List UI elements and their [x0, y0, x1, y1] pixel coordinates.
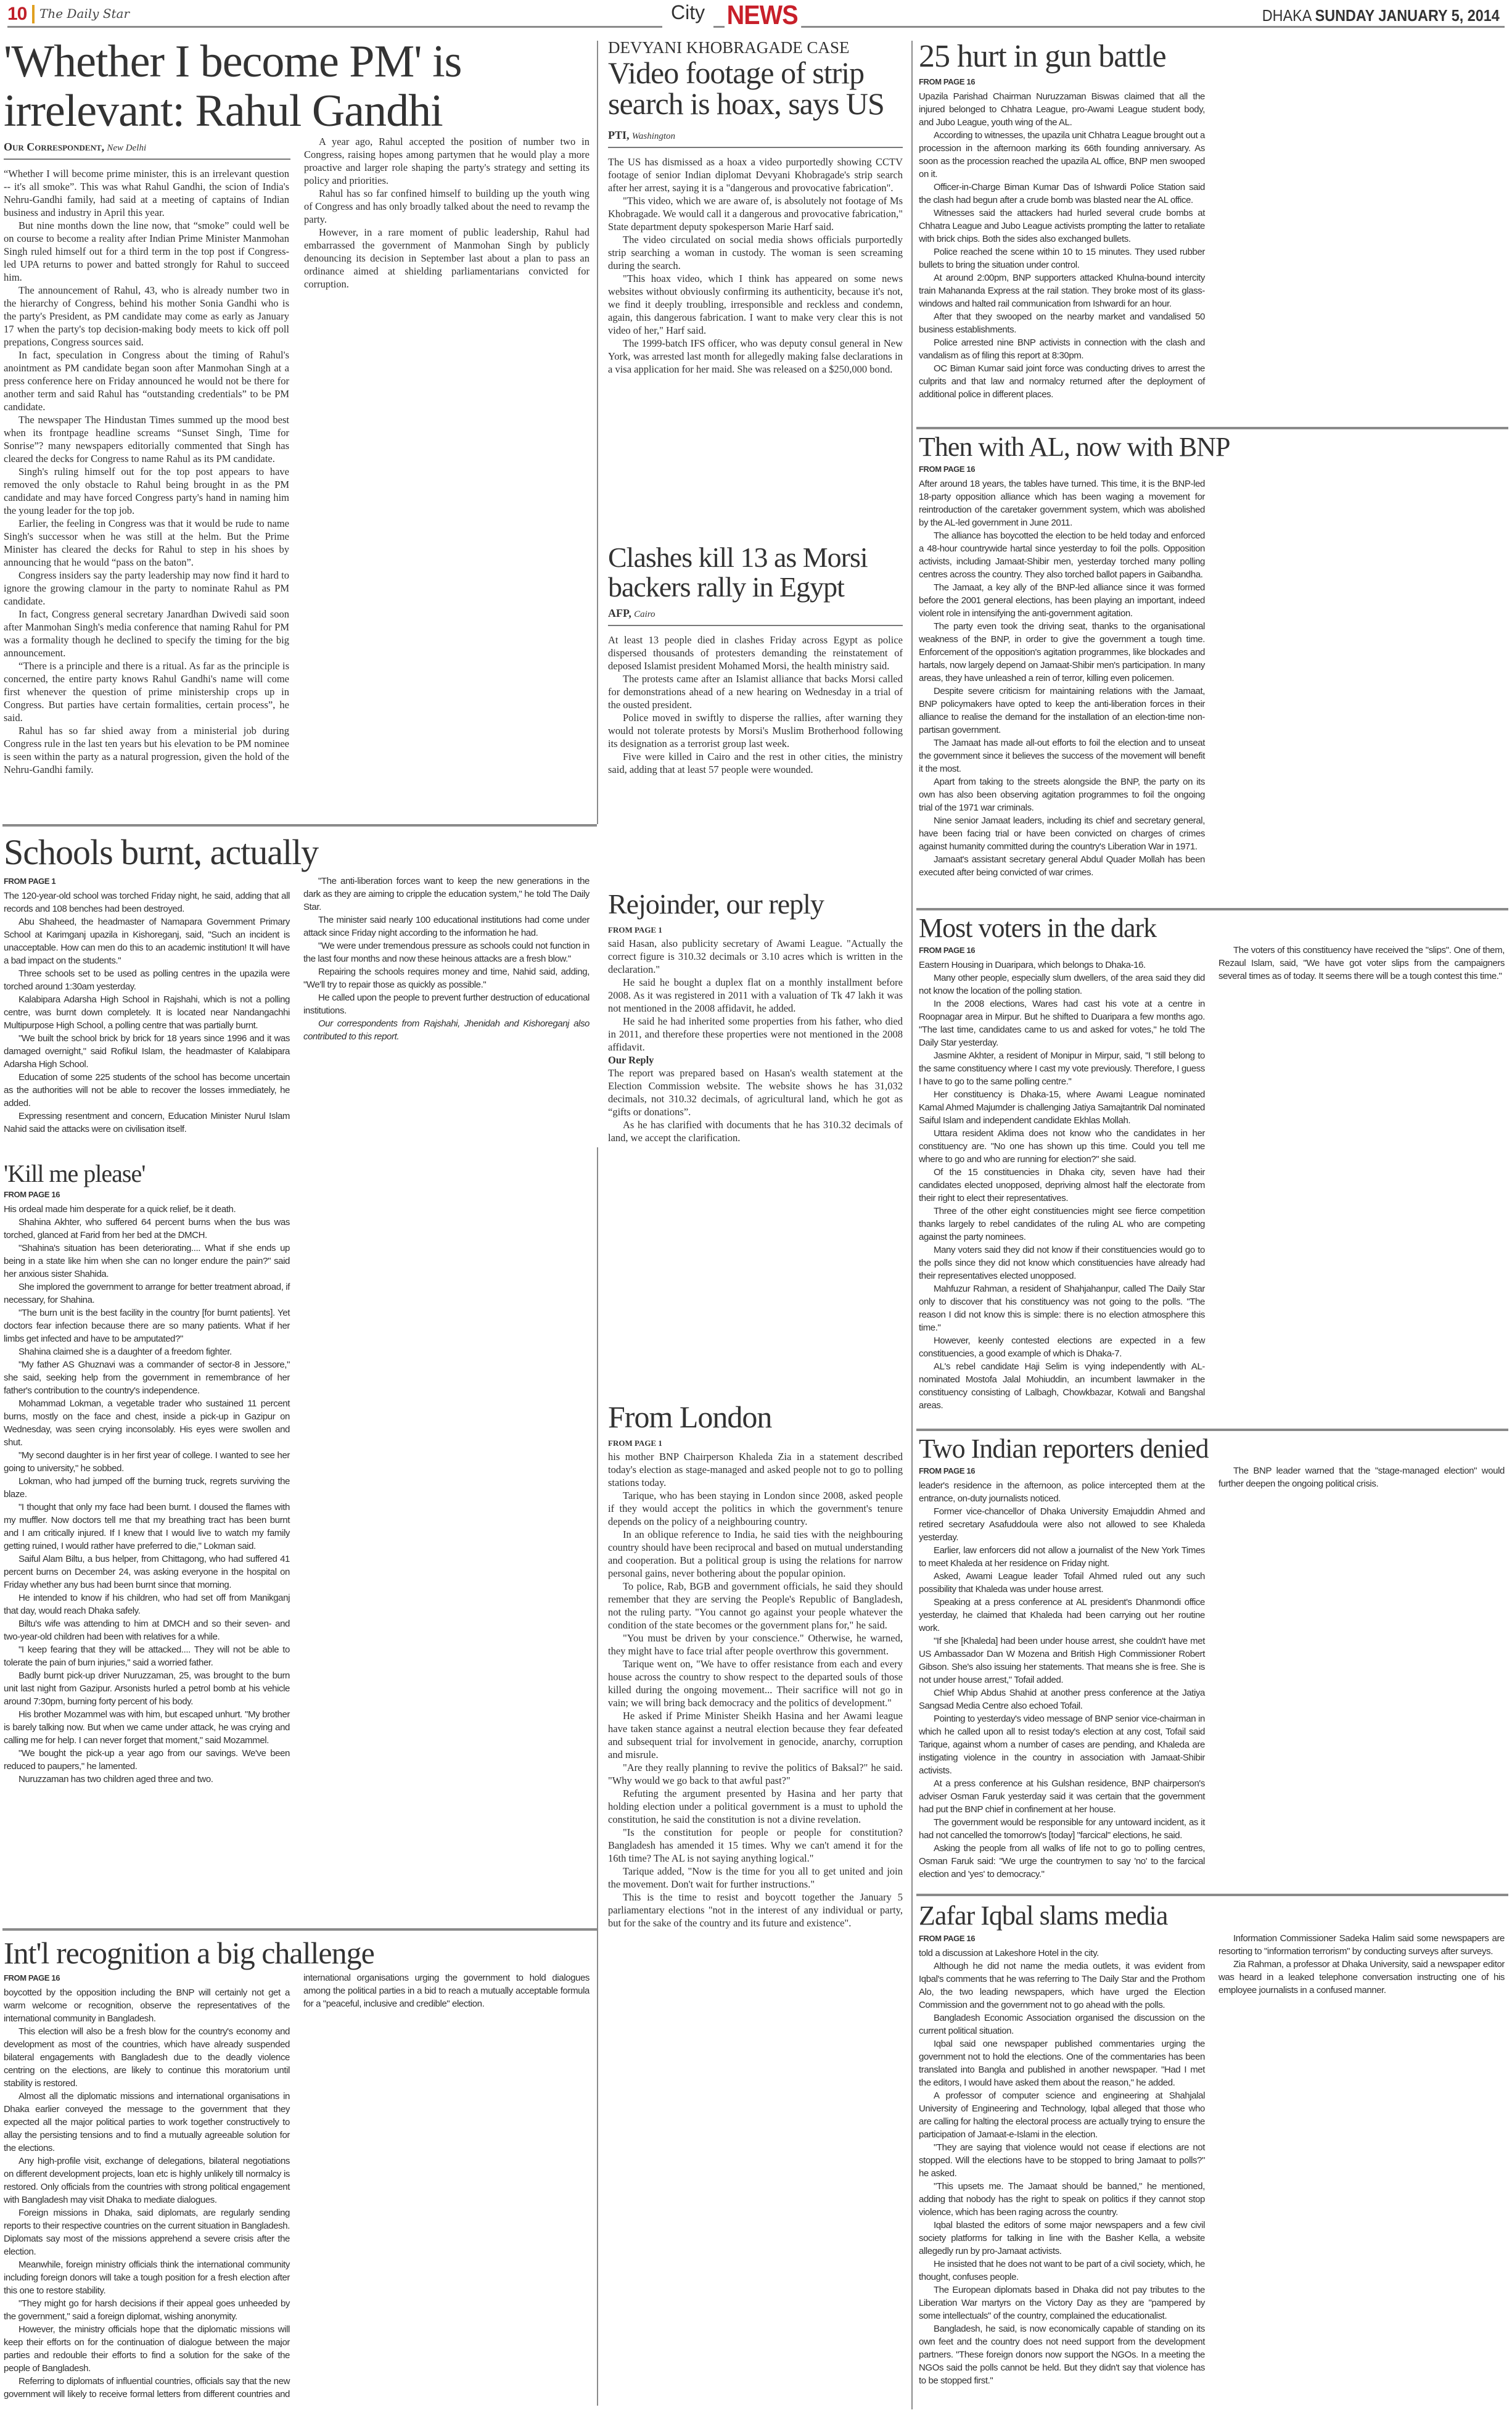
paragraph: Apart from taking to the streets alongsi…	[919, 775, 1205, 814]
paragraph: In fact, Congress general secretary Jana…	[4, 608, 289, 659]
from-page-label: FROM PAGE 16	[919, 463, 1205, 476]
section-rule	[916, 1429, 1508, 1431]
paragraph: Biltu's wife was attending to him at DMC…	[4, 1617, 290, 1643]
paragraph: Information Commissioner Sadeka Halim sa…	[1218, 1932, 1505, 1958]
paragraph: The party even took the driving seat, th…	[919, 620, 1205, 685]
section-rule	[2, 1928, 597, 1931]
paragraph: After that they swooped on the nearby ma…	[919, 310, 1205, 336]
page-number: 10	[7, 4, 27, 25]
paragraph: Zia Rahman, a professor at Dhaka Univers…	[1218, 1958, 1505, 1997]
headline[interactable]: 'Whether I become PM' is irrelevant: Rah…	[4, 37, 590, 136]
paragraph: “Whether I will become prime minister, t…	[4, 167, 289, 219]
article-zafar-iqbal: Zafar Iqbal slams media FROM PAGE 16 tol…	[919, 1900, 1505, 2412]
paragraph: “There is a principle and there is a rit…	[4, 659, 289, 724]
paragraph: "Are they really planning to revive the …	[608, 1761, 903, 1787]
contributor-credit: Our correspondents from Rajshahi, Jhenid…	[303, 1017, 590, 1043]
paragraph: Singh's ruling himself out for the top p…	[4, 465, 289, 517]
article-from-london: From London FROM PAGE 1 his mother BNP C…	[608, 1400, 903, 2412]
paragraph: Education of some 225 students of the sc…	[4, 1071, 290, 1110]
dateline-date: SUNDAY JANUARY 5, 2014	[1315, 6, 1500, 25]
paragraph: Tarique, who has been staying in London …	[608, 1489, 903, 1528]
paragraph: A year ago, Rahul accepted the position …	[304, 135, 590, 187]
paragraph: A professor of computer science and engi…	[919, 2089, 1205, 2141]
article-body: FROM PAGE 16 boycotted by the opposition…	[4, 1971, 590, 2409]
paragraph: Bangladesh Economic Association organise…	[919, 2012, 1205, 2037]
byline-author: PTI,	[608, 129, 630, 141]
paragraph: This is the time to resist and boycott t…	[608, 1891, 903, 1929]
paragraph: According to witnesses, the upazila unit…	[919, 129, 1205, 181]
paragraph: Tarique went on, "We have to offer resis…	[608, 1657, 903, 1709]
paragraph: The announcement of Rahul, 43, who is al…	[4, 284, 289, 349]
headline[interactable]: Int'l recognition a big challenge	[4, 1934, 590, 1971]
paragraph: Speaking at a press conference at AL pre…	[919, 1596, 1205, 1635]
paragraph: The voters of this constituency have rec…	[1218, 944, 1505, 983]
paragraph: Eastern Housing in Duaripara, which belo…	[919, 959, 1205, 972]
paragraph: At a press conference at his Gulshan res…	[919, 1777, 1205, 1816]
paragraph: He called upon the people to prevent fur…	[303, 991, 590, 1017]
paragraph: Saiful Alam Biltu, a bus helper, from Ch…	[4, 1553, 290, 1591]
paragraph: The Jamaat, a key ally of the BNP-led al…	[919, 581, 1205, 620]
article-rahul-gandhi: 'Whether I become PM' is irrelevant: Rah…	[4, 37, 590, 820]
article-body: FROM PAGE 16 Upazila Parishad Chairman N…	[919, 75, 1505, 421]
paragraph: Asking the people from all walks of life…	[919, 1842, 1205, 1881]
from-page-label: FROM PAGE 16	[919, 1464, 1205, 1477]
paragraph: He said he bought a duplex flat on a mon…	[608, 976, 903, 1015]
paragraph: The US has dismissed as a hoax a video p…	[608, 155, 903, 194]
article-body: FROM PAGE 1 The 120-year-old school was …	[4, 875, 590, 1152]
paragraph: Rahul has so far shied away from a minis…	[4, 724, 289, 776]
paragraph: The alliance has boycotted the election …	[919, 529, 1205, 581]
paragraph: In an oblique reference to India, he sai…	[608, 1528, 903, 1580]
paragraph: However, the ministry officials hope tha…	[4, 2323, 290, 2375]
paragraph: "The anti-liberation forces want to keep…	[303, 875, 590, 914]
paragraph: The report was prepared based on Hasan's…	[608, 1067, 903, 1118]
article-schools-burnt: Schools burnt, actually FROM PAGE 1 The …	[4, 830, 590, 1157]
article-body: “Whether I will become prime minister, t…	[4, 135, 590, 777]
paragraph: Kalabipara Adarsha High School in Rajsha…	[4, 993, 290, 1032]
paper-logo: The Daily Star	[39, 6, 129, 21]
article-body: FROM PAGE 16 leader's residence in the a…	[919, 1464, 1505, 1884]
paragraph: At least 13 people died in clashes Frida…	[608, 633, 903, 672]
headline[interactable]: Clashes kill 13 as Morsi backers rally i…	[608, 543, 903, 602]
paragraph: Iqbal said one newspaper published comme…	[919, 2037, 1205, 2089]
section-rule	[2, 824, 597, 827]
paragraph: Iqbal blasted the editors of some major …	[919, 2219, 1205, 2258]
paragraph: To police, Rab, BGB and government offic…	[608, 1580, 903, 1632]
article-body: FROM PAGE 16 His ordeal made him despera…	[4, 1188, 590, 1916]
from-page-label: FROM PAGE 16	[919, 1932, 1205, 1945]
paragraph: Five were killed in Cairo and the rest i…	[608, 750, 903, 776]
paragraph: "We were under tremendous pressure as sc…	[303, 939, 590, 965]
article-body: FROM PAGE 16 told a discussion at Lakesh…	[919, 1932, 1505, 2407]
paragraph: Jasmine Akhter, a resident of Monipur in…	[919, 1049, 1205, 1088]
paragraph: After around 18 years, the tables have t…	[919, 477, 1205, 529]
paragraph: The protests came after an Islamist alli…	[608, 672, 903, 711]
article-voters-in-dark: Most voters in the dark FROM PAGE 16 Eas…	[919, 913, 1505, 1425]
headline[interactable]: Two Indian reporters denied	[919, 1434, 1505, 1464]
from-page-label: FROM PAGE 16	[919, 944, 1205, 957]
from-page-label: FROM PAGE 16	[919, 75, 1205, 88]
paragraph: Police reached the scene within 10 to 15…	[919, 246, 1205, 271]
section-rule	[916, 908, 1508, 910]
paragraph: Officer-in-Charge Biman Kumar Das of Ish…	[919, 181, 1205, 207]
paragraph: "My second daughter is in her first year…	[4, 1449, 290, 1475]
paragraph: Tarique added, "Now is the time for you …	[608, 1865, 903, 1891]
masthead: 10 The Daily Star City NEWS DHAKA SUNDAY…	[7, 0, 1505, 28]
paragraph: said Hasan, also publicity secretary of …	[608, 937, 903, 976]
paragraph: AL's rebel candidate Haji Selim is vying…	[919, 1360, 1205, 1412]
paragraph: "We built the school brick by brick for …	[4, 1032, 290, 1071]
paragraph: He said he had inherited some properties…	[608, 1015, 903, 1054]
paragraph: Nuruzzaman has two children aged three a…	[4, 1773, 290, 1786]
paragraph: "This video, which we are aware of, is a…	[608, 194, 903, 233]
column-rule	[597, 1147, 598, 2406]
article-body: FROM PAGE 16 Eastern Housing in Duaripar…	[919, 944, 1505, 1419]
paragraph: This election will also be a fresh blow …	[4, 2025, 290, 2090]
paragraph: boycotted by the opposition including th…	[4, 1986, 290, 2025]
paragraph: Repairing the schools requires money and…	[303, 965, 590, 991]
paragraph: Witnesses said the attackers had hurled …	[919, 207, 1205, 246]
article-egypt-clashes: Clashes kill 13 as Morsi backers rally i…	[608, 543, 903, 888]
headline[interactable]: Most voters in the dark	[919, 913, 1505, 944]
paragraph: Meanwhile, foreign ministry officials th…	[4, 2258, 290, 2297]
paragraph: The 120-year-old school was torched Frid…	[4, 889, 290, 915]
paragraph: Shahina claimed she is a daughter of a f…	[4, 1345, 290, 1358]
paragraph: Three schools set to be used as polling …	[4, 967, 290, 993]
paragraph: "They might go for harsh decisions if th…	[4, 2297, 290, 2323]
paragraph: "I thought that only my face had been bu…	[4, 1501, 290, 1553]
paragraph: He insisted that he does not want to be …	[919, 2258, 1205, 2284]
paragraph: "If she [Khaleda] had been under house a…	[919, 1635, 1205, 1686]
byline-location: Washington	[632, 131, 675, 141]
paragraph: Lokman, who had jumped off the burning t…	[4, 1475, 290, 1501]
paragraph: The European diplomats based in Dhaka di…	[919, 2284, 1205, 2322]
paragraph: "My father AS Ghuznavi was a commander o…	[4, 1358, 290, 1397]
paragraph: Pointing to yesterday's video message of…	[919, 1712, 1205, 1777]
paragraph: Many other people, especially slum dwell…	[919, 972, 1205, 997]
section-news-label: NEWS	[725, 0, 801, 32]
paragraph: The video circulated on social media sho…	[608, 233, 903, 272]
paragraph: The newspaper The Hindustan Times summed…	[4, 413, 289, 465]
paragraph: Rahul has so far confined himself to bui…	[304, 187, 590, 226]
paragraph: his mother BNP Chairperson Khaleda Zia i…	[608, 1450, 903, 1489]
headline[interactable]: 25 hurt in gun battle	[919, 38, 1505, 75]
paragraph: Badly burnt pick-up driver Nuruzzaman, 2…	[4, 1669, 290, 1708]
article-body: FROM PAGE 16 After around 18 years, the …	[919, 463, 1505, 901]
kicker: Devyani Khobragade Case	[608, 38, 903, 57]
paragraph: Her constituency is Dhaka-15, where Awam…	[919, 1088, 1205, 1127]
paragraph: Although he did not name the media outle…	[919, 1960, 1205, 2012]
paragraph: Expressing resentment and concern, Educa…	[4, 1110, 290, 1136]
article-body: At least 13 people died in clashes Frida…	[608, 633, 903, 776]
paragraph: Police moved in swiftly to disperse the …	[608, 711, 903, 750]
subheading: Our Reply	[608, 1054, 903, 1067]
paragraph: The BNP leader warned that the "stage-ma…	[1218, 1464, 1505, 1490]
paragraph: The Jamaat has made all-out efforts to f…	[919, 737, 1205, 775]
paragraph: At around 2:00pm, BNP supporters attacke…	[919, 271, 1205, 310]
paragraph: His brother Mozammel was with him, but e…	[4, 1708, 290, 1747]
paragraph: "The burn unit is the best facility in t…	[4, 1306, 290, 1345]
paragraph: Police arrested nine BNP activists in co…	[919, 336, 1205, 362]
headline[interactable]: 'Kill me please'	[4, 1160, 590, 1188]
paragraph: Uttara resident Aklima does not know who…	[919, 1127, 1205, 1166]
section-rule	[916, 427, 1508, 429]
paragraph: Three of the other eight constituencies …	[919, 1205, 1205, 1244]
from-page-label: FROM PAGE 1	[608, 925, 903, 935]
paragraph: Earlier, the feeling in Congress was tha…	[4, 517, 289, 569]
paragraph: Former vice-chancellor of Dhaka Universi…	[919, 1505, 1205, 1544]
paragraph: Bangladesh, he said, is now economically…	[919, 2322, 1205, 2387]
paragraph: However, in a rare moment of public lead…	[304, 226, 590, 291]
paragraph: Earlier, law enforcers did not allow a j…	[919, 1544, 1205, 1570]
article-body: The US has dismissed as a hoax a video p…	[608, 155, 903, 376]
article-rejoinder: Rejoinder, our reply FROM PAGE 1 said Ha…	[608, 888, 903, 1369]
paragraph: Any high-profile visit, exchange of dele…	[4, 2155, 290, 2206]
paragraph: "This hoax video, which I think has appe…	[608, 272, 903, 337]
paragraph: Nine senior Jamaat leaders, including it…	[919, 814, 1205, 853]
headline[interactable]: Zafar Iqbal slams media	[919, 1900, 1505, 1932]
paragraph: Mohammad Lokman, a vegetable trader who …	[4, 1397, 290, 1449]
paragraph: The 1999-batch IFS officer, who was depu…	[608, 337, 903, 376]
paragraph: Congress insiders say the party leadersh…	[4, 569, 289, 608]
paragraph: Jamaat's assistant secretary general Abd…	[919, 853, 1205, 879]
column-rule	[597, 41, 598, 824]
paragraph: As he has clarified with documents that …	[608, 1118, 903, 1144]
paragraph: "Is the constitution for people or peopl…	[608, 1826, 903, 1865]
paragraph: His ordeal made him desperate for a quic…	[4, 1203, 290, 1216]
paragraph: Abu Shaheed, the headmaster of Namapara …	[4, 915, 290, 967]
paragraph: He asked if Prime Minister Sheikh Hasina…	[608, 1709, 903, 1761]
headline[interactable]: From London	[608, 1400, 903, 1434]
paragraph: Asked, Awami League leader Tofail Ahmed …	[919, 1570, 1205, 1596]
headline[interactable]: Video footage of strip search is hoax, s…	[608, 57, 903, 119]
paragraph: "This upsets me. The Jamaat should be ba…	[919, 2180, 1205, 2219]
paragraph: Many voters said they did not know if th…	[919, 1244, 1205, 1282]
byline: AFP, Cairo	[608, 607, 903, 626]
section-city-label: City	[662, 1, 713, 28]
from-page-label: FROM PAGE 16	[4, 1188, 290, 1201]
article-gun-battle: 25 hurt in gun battle FROM PAGE 16 Upazi…	[919, 38, 1505, 424]
paragraph: In fact, speculation in Congress about t…	[4, 349, 289, 413]
headline[interactable]: Rejoinder, our reply	[608, 888, 903, 920]
paragraph: OC Biman Kumar said joint force was cond…	[919, 362, 1205, 401]
paragraph: But nine months down the line now, that …	[4, 219, 289, 284]
headline[interactable]: Then with AL, now with BNP	[919, 432, 1505, 463]
paragraph: Of the 15 constituencies in Dhaka city, …	[919, 1166, 1205, 1205]
paragraph: She implored the government to arrange f…	[4, 1281, 290, 1306]
paragraph: Mahfuzur Rahman, a resident of Shahjahan…	[919, 1282, 1205, 1334]
byline-location: Cairo	[634, 609, 655, 619]
paragraph: In the 2008 elections, Wares had cast hi…	[919, 997, 1205, 1049]
from-page-label: FROM PAGE 1	[4, 875, 290, 888]
paragraph: The minister said nearly 100 educational…	[303, 914, 590, 939]
paragraph: "We bought the pick-up a year ago from o…	[4, 1747, 290, 1773]
section-rule	[916, 1894, 1508, 1896]
from-page-label: FROM PAGE 16	[4, 1971, 290, 1984]
paragraph: Upazila Parishad Chairman Nuruzzaman Bis…	[919, 90, 1205, 129]
byline-location: New Delhi	[107, 143, 146, 153]
paragraph: The government would be responsible for …	[919, 1816, 1205, 1842]
paragraph: Refuting the argument presented by Hasin…	[608, 1787, 903, 1826]
paragraph: Shahina Akhter, who suffered 64 percent …	[4, 1216, 290, 1242]
paragraph: "I keep fearing that they will be attack…	[4, 1643, 290, 1669]
byline-author: Our Correspondent,	[4, 141, 104, 153]
paragraph: "They are saying that violence would not…	[919, 2141, 1205, 2180]
paragraph: Foreign missions in Dhaka, said diplomat…	[4, 2206, 290, 2258]
byline-author: AFP,	[608, 607, 631, 619]
paragraph: Despite severe criticism for maintaining…	[919, 685, 1205, 737]
paragraph: "Shahina's situation has been deteriorat…	[4, 1242, 290, 1281]
dateline-city: DHAKA	[1262, 6, 1311, 25]
article-indian-reporters: Two Indian reporters denied FROM PAGE 16…	[919, 1434, 1505, 1890]
paragraph: "You must be driven by your conscience."…	[608, 1632, 903, 1657]
column-rule	[911, 41, 913, 2409]
paragraph: told a discussion at Lakeshore Hotel in …	[919, 1947, 1205, 1960]
article-body: his mother BNP Chairperson Khaleda Zia i…	[608, 1450, 903, 1929]
paragraph: However, keenly contested elections are …	[919, 1334, 1205, 1360]
paragraph: Chief Whip Abdus Shahid at another press…	[919, 1686, 1205, 1712]
article-then-with-al: Then with AL, now with BNP FROM PAGE 16 …	[919, 432, 1505, 906]
headline[interactable]: Schools burnt, actually	[4, 830, 590, 875]
paragraph: leader's residence in the afternoon, as …	[919, 1479, 1205, 1505]
article-intl-recognition: Int'l recognition a big challenge FROM P…	[4, 1934, 590, 2416]
article-devyani-khobragade: Devyani Khobragade Case Video footage of…	[608, 38, 903, 544]
article-kill-me-please: 'Kill me please' FROM PAGE 16 His ordeal…	[4, 1160, 590, 1925]
from-page-label: FROM PAGE 1	[608, 1438, 903, 1448]
dateline: DHAKA SUNDAY JANUARY 5, 2014	[1258, 6, 1500, 25]
byline: PTI, Washington	[608, 129, 903, 148]
article-body: said Hasan, also publicity secretary of …	[608, 937, 903, 1144]
paragraph: He intended to know if his children, who…	[4, 1591, 290, 1617]
page-number-divider	[32, 5, 35, 23]
paragraph: Almost all the diplomatic missions and i…	[4, 2090, 290, 2155]
